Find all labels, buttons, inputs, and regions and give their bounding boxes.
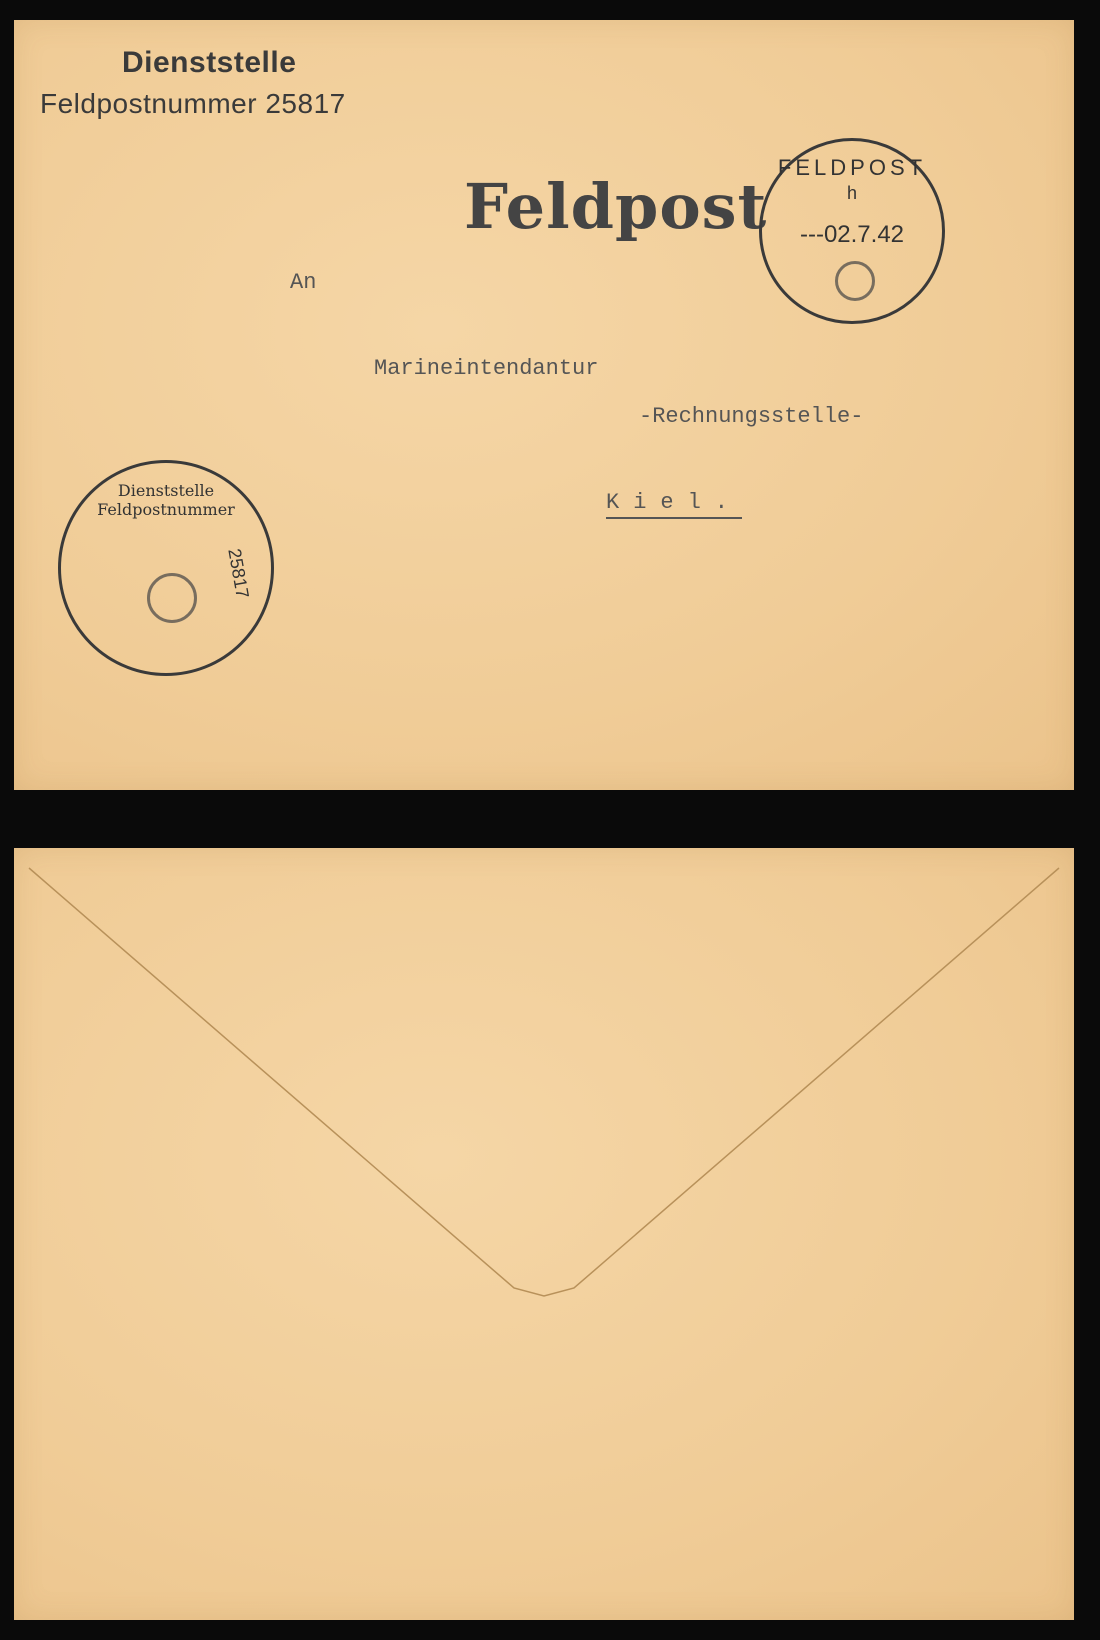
postmark-top-text: FELDPOST <box>762 155 942 181</box>
emblem-icon <box>147 573 197 623</box>
sender-fieldpost-number: Feldpostnummer 25817 <box>40 88 346 120</box>
postmark-date: ---02.7.42 <box>762 221 942 249</box>
postmark: FELDPOST h ---02.7.42 <box>759 138 945 324</box>
emblem-icon <box>835 261 875 301</box>
envelope-flap <box>14 848 1074 1620</box>
address-line-3: Kiel. <box>606 490 742 519</box>
seal-number: 25817 <box>223 547 252 600</box>
address-salutation: An <box>290 270 316 295</box>
envelope-back <box>14 848 1074 1620</box>
address-line-1: Marineintendantur <box>374 356 598 381</box>
seal-text: Dienststelle Feldpostnummer <box>61 481 271 519</box>
office-seal: Dienststelle Feldpostnummer 25817 <box>58 460 274 676</box>
address-line-2: -Rechnungsstelle- <box>639 404 863 429</box>
sender-office: Dienststelle <box>122 46 296 80</box>
postmark-letter: h <box>762 183 942 204</box>
envelope-front: Dienststelle Feldpostnummer 25817 Feldpo… <box>14 20 1074 790</box>
feldpost-heading: Feldpost <box>464 170 767 243</box>
